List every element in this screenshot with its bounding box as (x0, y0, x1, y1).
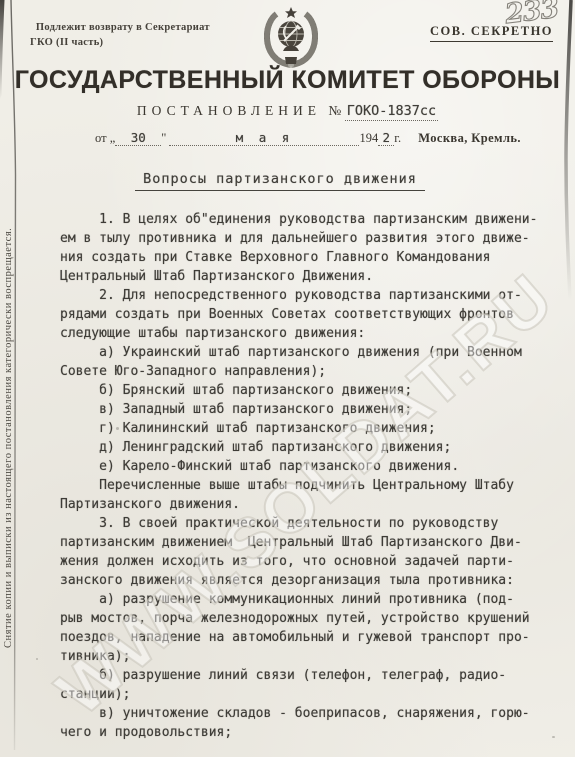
sun-icon (283, 45, 299, 51)
decree-body: 1. В целях об"единения руководства парти… (60, 210, 537, 742)
scan-speck (552, 736, 555, 738)
decree-number: ГОКО-1837сс (345, 103, 438, 121)
scan-speck (116, 427, 119, 430)
decree-number-line: ПОСТАНОВЛЕНИЕ № ГОКО-1837сс (0, 103, 575, 119)
margin-note: Снятие копии и выписки из настоящего пос… (3, 156, 14, 648)
decree-label: ПОСТАНОВЛЕНИЕ (137, 103, 321, 118)
number-sign: № (328, 103, 341, 118)
date-day: 30 (115, 130, 161, 146)
ussr-coat-of-arms-icon (259, 7, 323, 69)
date-place: Москва, Кремль. (418, 131, 521, 145)
scanned-decree-page: WWW.SOLDAT.RU Подлежит возврату в Секрет… (0, 0, 575, 757)
date-year-typed: 2 (378, 130, 394, 146)
return-note: Подлежит возврату в Секретариат ГКО (II … (30, 20, 230, 50)
date-month: м а я (169, 130, 359, 146)
date-ot-label: от (95, 131, 107, 145)
doc-title: Вопросы партизанского движения (0, 171, 560, 187)
org-title: ГОСУДАРСТВЕННЫЙ КОМИТЕТ ОБОРОНЫ (0, 66, 575, 95)
date-g-label: г. (394, 131, 401, 145)
star-icon (285, 7, 297, 18)
scan-speck (36, 658, 38, 660)
quote-close: " (161, 131, 166, 145)
ribbon-icon (285, 57, 297, 64)
date-year-printed: 194 (359, 131, 378, 145)
right-page-edge-shadow (566, 0, 571, 300)
date-line: от „30" м а я1942г. Москва, Кремль. (95, 130, 515, 146)
